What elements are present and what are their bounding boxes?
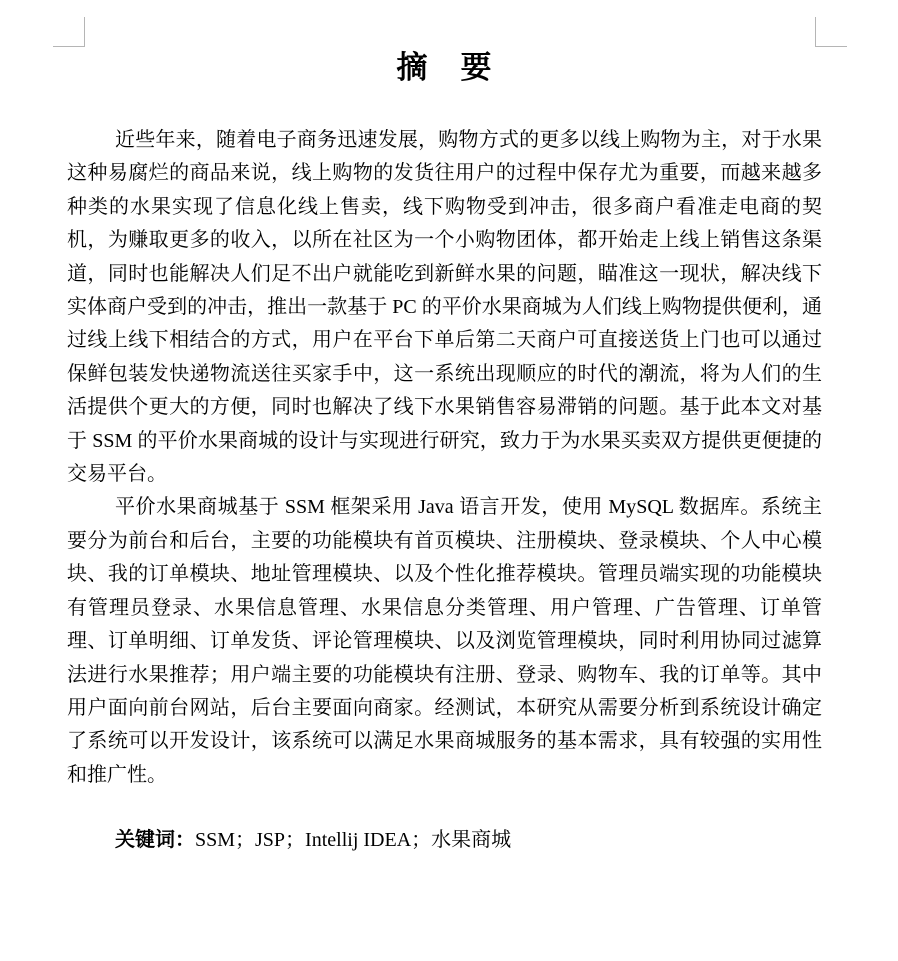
- keywords-label: 关键词：: [115, 829, 195, 851]
- abstract-paragraph: 平价水果商城基于 SSM 框架采用 Java 语言开发，使用 MySQL 数据库…: [67, 491, 822, 792]
- keywords-line: 关键词：SSM；JSP；Intellij IDEA；水果商城: [67, 824, 822, 857]
- keywords-text: SSM；JSP；Intellij IDEA；水果商城: [195, 829, 511, 851]
- page-title: 摘 要: [67, 46, 822, 90]
- document-page: 摘 要 近些年来，随着电子商务迅速发展，购物方式的更多以线上购物为主，对于水果这…: [0, 0, 898, 961]
- abstract-body: 近些年来，随着电子商务迅速发展，购物方式的更多以线上购物为主，对于水果这种易腐烂…: [67, 124, 822, 792]
- abstract-paragraph: 近些年来，随着电子商务迅速发展，购物方式的更多以线上购物为主，对于水果这种易腐烂…: [67, 124, 822, 491]
- page-content: 摘 要 近些年来，随着电子商务迅速发展，购物方式的更多以线上购物为主，对于水果这…: [67, 0, 822, 878]
